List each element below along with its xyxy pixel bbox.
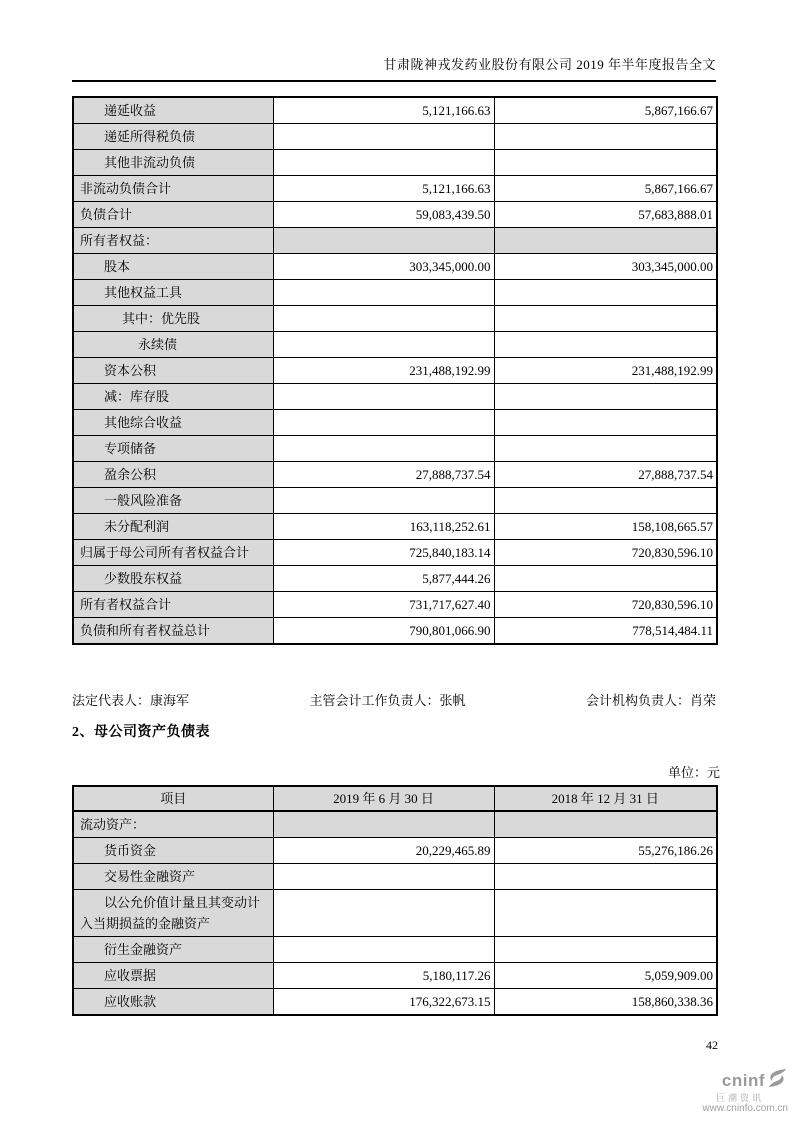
row-label: 盈余公积	[73, 462, 273, 488]
row-label: 股本	[73, 254, 273, 280]
table-row: 递延所得税负债	[73, 124, 717, 150]
value-current-period	[273, 410, 494, 436]
row-label: 专项储备	[73, 436, 273, 462]
value-current-period	[273, 811, 494, 838]
row-label: 永续债	[73, 332, 273, 358]
value-current-period	[273, 890, 494, 937]
value-current-period: 27,888,737.54	[273, 462, 494, 488]
row-label: 一般风险准备	[73, 488, 273, 514]
accounting-dept-head: 会计机构负责人：肖荣	[586, 690, 716, 709]
table-row: 所有者权益：	[73, 228, 717, 254]
table-row: 应收账款176,322,673.15158,860,338.36	[73, 989, 717, 1016]
value-current-period: 231,488,192.99	[273, 358, 494, 384]
value-prior-period	[494, 306, 717, 332]
table-row: 资本公积231,488,192.99231,488,192.99	[73, 358, 717, 384]
page-number: 42	[72, 1038, 718, 1053]
value-current-period	[273, 937, 494, 963]
parent-company-balance-sheet-table: 项目 2019 年 6 月 30 日 2018 年 12 月 31 日 流动资产…	[72, 785, 718, 1016]
value-prior-period: 158,860,338.36	[494, 989, 717, 1016]
value-prior-period	[494, 811, 717, 838]
value-current-period: 5,121,166.63	[273, 97, 494, 124]
value-current-period	[273, 150, 494, 176]
table-row: 归属于母公司所有者权益合计725,840,183.14720,830,596.1…	[73, 540, 717, 566]
value-prior-period: 5,867,166.67	[494, 176, 717, 202]
value-prior-period: 720,830,596.10	[494, 540, 717, 566]
table-row: 应收票据5,180,117.265,059,909.00	[73, 963, 717, 989]
value-current-period	[273, 488, 494, 514]
row-label: 归属于母公司所有者权益合计	[73, 540, 273, 566]
col-header-item: 项目	[73, 786, 273, 811]
value-current-period: 5,877,444.26	[273, 566, 494, 592]
value-current-period	[273, 306, 494, 332]
row-label: 应收账款	[73, 989, 273, 1016]
row-label: 递延所得税负债	[73, 124, 273, 150]
value-prior-period: 27,888,737.54	[494, 462, 717, 488]
value-current-period: 731,717,627.40	[273, 592, 494, 618]
row-label: 负债和所有者权益总计	[73, 618, 273, 645]
balance-sheet-body: 递延收益5,121,166.635,867,166.67递延所得税负债其他非流动…	[73, 97, 717, 644]
row-label: 衍生金融资产	[73, 937, 273, 963]
table-row: 其他综合收益	[73, 410, 717, 436]
value-current-period	[273, 228, 494, 254]
chief-accounting-officer: 主管会计工作负责人：张帆	[309, 690, 465, 709]
row-label: 其他权益工具	[73, 280, 273, 306]
value-current-period: 5,180,117.26	[273, 963, 494, 989]
row-label: 交易性金融资产	[73, 864, 273, 890]
value-prior-period: 158,108,665.57	[494, 514, 717, 540]
value-current-period: 303,345,000.00	[273, 254, 494, 280]
report-page: 甘肃陇神戎发药业股份有限公司 2019 年半年度报告全文 递延收益5,121,1…	[0, 0, 793, 1122]
table-row: 专项储备	[73, 436, 717, 462]
table-row: 货币资金20,229,465.8955,276,186.26	[73, 838, 717, 864]
value-prior-period: 5,059,909.00	[494, 963, 717, 989]
value-current-period: 725,840,183.14	[273, 540, 494, 566]
row-label: 其他非流动负债	[73, 150, 273, 176]
row-label: 流动资产：	[73, 811, 273, 838]
consolidated-balance-sheet-table: 递延收益5,121,166.635,867,166.67递延所得税负债其他非流动…	[72, 96, 718, 645]
table-row: 减：库存股	[73, 384, 717, 410]
table-row: 交易性金融资产	[73, 864, 717, 890]
cninfo-swirl-icon	[766, 1067, 788, 1094]
table-row: 其他非流动负债	[73, 150, 717, 176]
value-current-period	[273, 124, 494, 150]
table-row: 衍生金融资产	[73, 937, 717, 963]
table-row: 一般风险准备	[73, 488, 717, 514]
row-label: 未分配利润	[73, 514, 273, 540]
table-row: 股本303,345,000.00303,345,000.00	[73, 254, 717, 280]
cninfo-brand-text: cninf	[722, 1072, 765, 1090]
table-row: 负债和所有者权益总计790,801,066.90778,514,484.11	[73, 618, 717, 645]
value-prior-period	[494, 864, 717, 890]
value-current-period	[273, 280, 494, 306]
value-prior-period: 57,683,888.01	[494, 202, 717, 228]
value-prior-period	[494, 280, 717, 306]
value-prior-period	[494, 436, 717, 462]
row-label: 资本公积	[73, 358, 273, 384]
table-row: 非流动负债合计5,121,166.635,867,166.67	[73, 176, 717, 202]
value-current-period: 59,083,439.50	[273, 202, 494, 228]
value-current-period: 20,229,465.89	[273, 838, 494, 864]
table-row: 未分配利润163,118,252.61158,108,665.57	[73, 514, 717, 540]
value-current-period	[273, 864, 494, 890]
table-row: 永续债	[73, 332, 717, 358]
legal-representative: 法定代表人：康海军	[72, 690, 189, 709]
value-prior-period	[494, 566, 717, 592]
row-label: 应收票据	[73, 963, 273, 989]
value-prior-period	[494, 150, 717, 176]
value-prior-period: 303,345,000.00	[494, 254, 717, 280]
table-row: 少数股东权益5,877,444.26	[73, 566, 717, 592]
section-heading: 2、母公司资产负债表	[72, 721, 210, 741]
row-label: 其他综合收益	[73, 410, 273, 436]
table-row: 递延收益5,121,166.635,867,166.67	[73, 97, 717, 124]
value-prior-period: 231,488,192.99	[494, 358, 717, 384]
page-header-title: 甘肃陇神戎发药业股份有限公司 2019 年半年度报告全文	[72, 54, 716, 82]
parent-balance-sheet-body: 流动资产：货币资金20,229,465.8955,276,186.26交易性金融…	[73, 811, 717, 1015]
value-prior-period	[494, 384, 717, 410]
value-current-period: 790,801,066.90	[273, 618, 494, 645]
value-current-period: 176,322,673.15	[273, 989, 494, 1016]
signature-line: 法定代表人：康海军 主管会计工作负责人：张帆 会计机构负责人：肖荣	[72, 690, 716, 709]
table-row: 负债合计59,083,439.5057,683,888.01	[73, 202, 717, 228]
value-prior-period	[494, 488, 717, 514]
value-prior-period	[494, 332, 717, 358]
value-prior-period	[494, 937, 717, 963]
value-current-period	[273, 436, 494, 462]
table-row: 流动资产：	[73, 811, 717, 838]
col-header-2018: 2018 年 12 月 31 日	[494, 786, 717, 811]
row-label: 减：库存股	[73, 384, 273, 410]
table-row: 盈余公积27,888,737.5427,888,737.54	[73, 462, 717, 488]
table-row: 其中：优先股	[73, 306, 717, 332]
value-current-period: 163,118,252.61	[273, 514, 494, 540]
row-label: 少数股东权益	[73, 566, 273, 592]
row-label: 货币资金	[73, 838, 273, 864]
table-row: 以公允价值计量且其变动计入当期损益的金融资产	[73, 890, 717, 937]
value-prior-period	[494, 228, 717, 254]
value-current-period	[273, 332, 494, 358]
value-prior-period: 55,276,186.26	[494, 838, 717, 864]
table-row: 所有者权益合计731,717,627.40720,830,596.10	[73, 592, 717, 618]
value-current-period	[273, 384, 494, 410]
row-label: 以公允价值计量且其变动计入当期损益的金融资产	[73, 890, 273, 937]
value-prior-period	[494, 124, 717, 150]
table-row: 其他权益工具	[73, 280, 717, 306]
unit-label: 单位：元	[72, 762, 720, 781]
row-label: 所有者权益：	[73, 228, 273, 254]
row-label: 负债合计	[73, 202, 273, 228]
cninfo-url: www.cninfo.com.cn	[702, 1104, 788, 1115]
row-label: 非流动负债合计	[73, 176, 273, 202]
value-prior-period: 720,830,596.10	[494, 592, 717, 618]
col-header-2019: 2019 年 6 月 30 日	[273, 786, 494, 811]
table-header-row: 项目 2019 年 6 月 30 日 2018 年 12 月 31 日	[73, 786, 717, 811]
value-prior-period: 5,867,166.67	[494, 97, 717, 124]
value-prior-period: 778,514,484.11	[494, 618, 717, 645]
value-prior-period	[494, 410, 717, 436]
value-current-period: 5,121,166.63	[273, 176, 494, 202]
row-label: 其中：优先股	[73, 306, 273, 332]
cninfo-logo: cninf 巨潮资讯 www.cninfo.com.cn	[702, 1067, 788, 1114]
row-label: 所有者权益合计	[73, 592, 273, 618]
row-label: 递延收益	[73, 97, 273, 124]
value-prior-period	[494, 890, 717, 937]
